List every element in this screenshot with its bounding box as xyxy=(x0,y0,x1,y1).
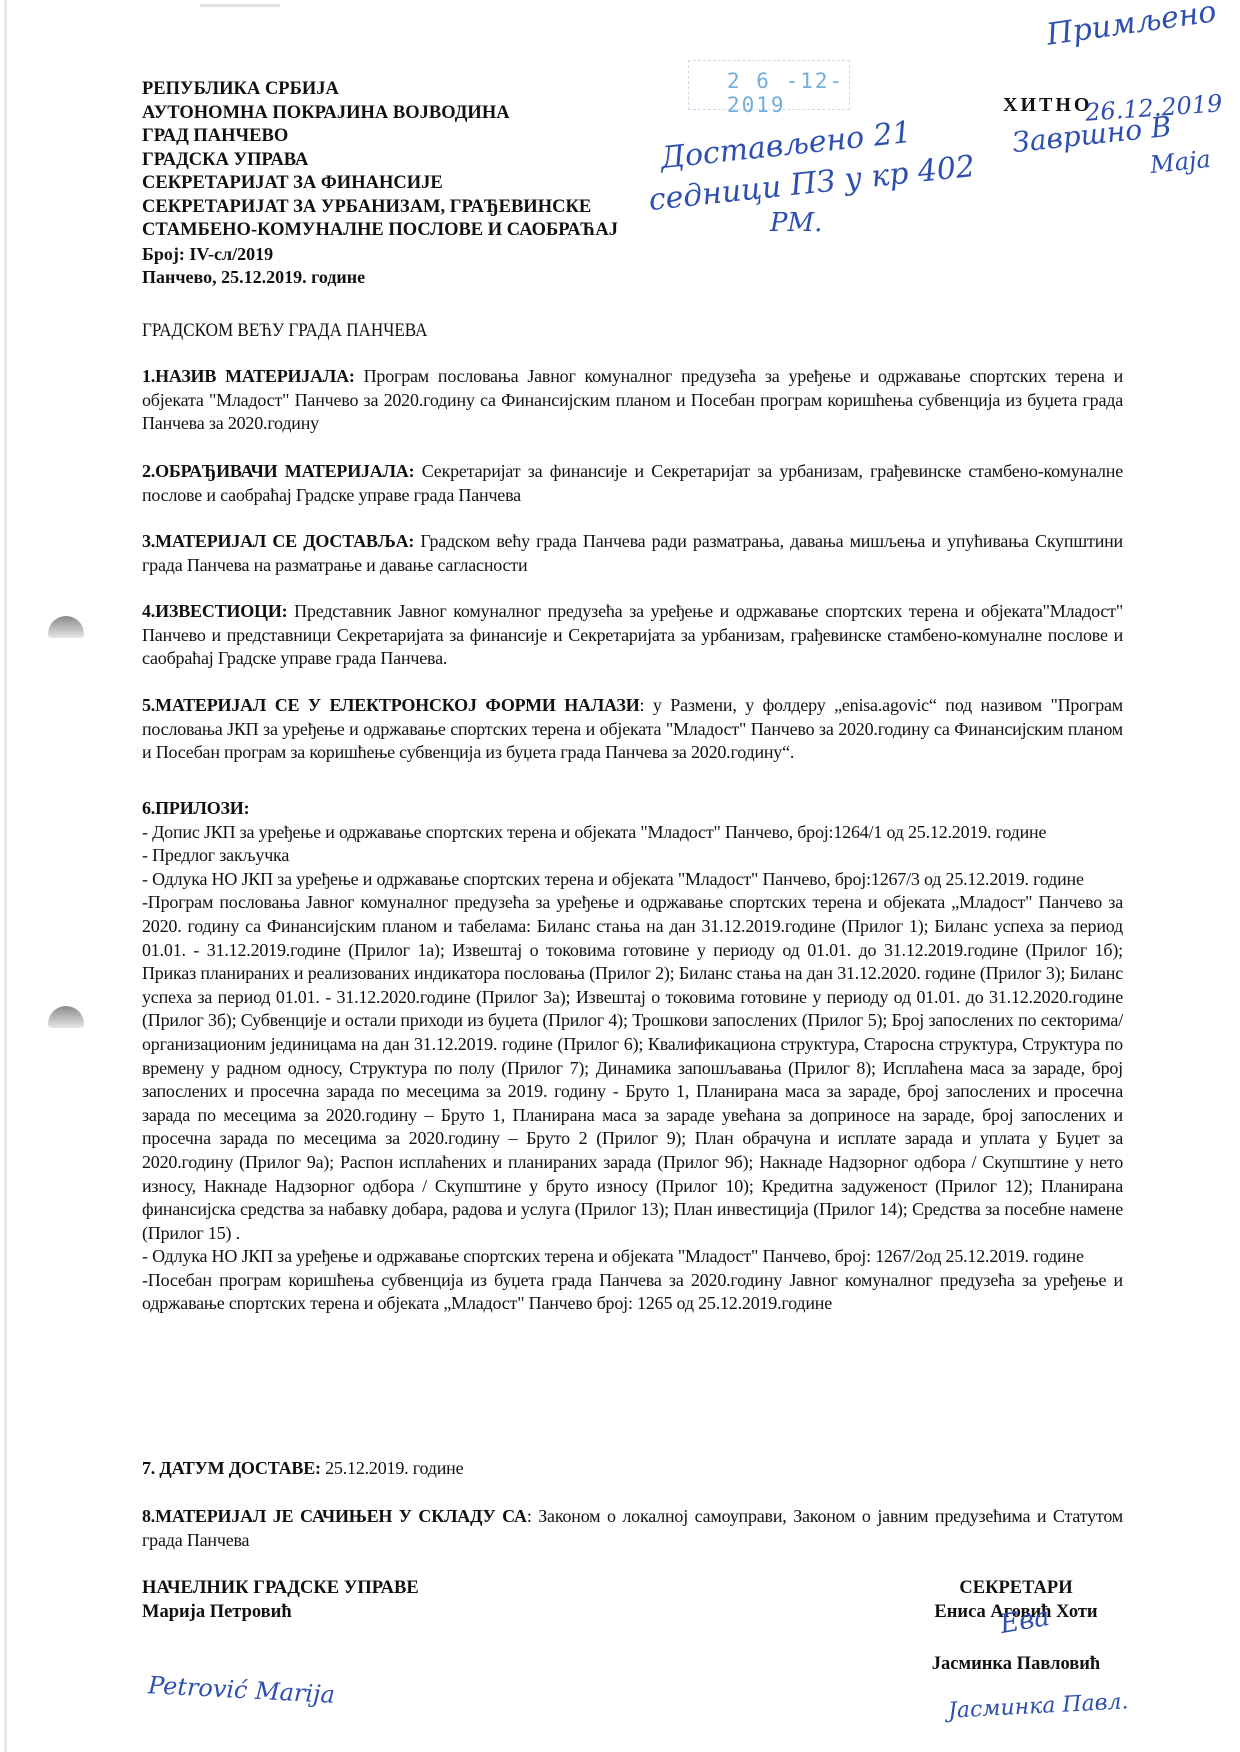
received-stamp: 2 6 -12- 2019 xyxy=(688,60,850,110)
punch-hole xyxy=(48,616,84,638)
section-processors: 2.ОБРАЂИВАЧИ МАТЕРИЈАЛА: Секретаријат за… xyxy=(142,460,1123,507)
signatory-name: Јасминка Павловић xyxy=(916,1652,1116,1676)
section-heading: 4.ИЗВЕСТИОЦИ: xyxy=(142,601,287,621)
addressee: ГРАДСКОМ ВЕЋУ ГРАДА ПАНЧЕВА xyxy=(142,320,427,342)
letterhead-line: СЕКРЕТАРИЈАТ ЗА ФИНАНСИЈЕ xyxy=(142,172,618,196)
section-rapporteurs: 4.ИЗВЕСТИОЦИ: Представник Јавног комунал… xyxy=(142,600,1123,671)
document-page: РЕПУБЛИКА СРБИЈА АУТОНОМНА ПОКРАЈИНА ВОЈ… xyxy=(0,0,1240,1752)
handwritten-signature: Petrović Marija xyxy=(147,1671,335,1709)
place-date: Панчево, 25.12.2019. године xyxy=(142,266,618,290)
section-heading: 2.ОБРАЂИВАЧИ МАТЕРИЈАЛА: xyxy=(142,461,414,481)
signatory-title: НАЧЕЛНИК ГРАДСКЕ УПРАВЕ xyxy=(142,1576,419,1600)
section-heading: 7. ДАТУМ ДОСТАВЕ: xyxy=(142,1458,321,1478)
attachment-item: - Одлука НО ЈКП за уређење и одржавање с… xyxy=(142,1245,1123,1269)
section-text: Представник Јавног комуналног предузећа … xyxy=(142,601,1123,668)
letterhead-line: СЕКРЕТАРИЈАТ ЗА УРБАНИЗАМ, ГРАЂЕВИНСКЕ xyxy=(142,196,618,220)
scan-edge xyxy=(4,0,7,1752)
letterhead-line: АУТОНОМНА ПОКРАЈИНА ВОЈВОДИНА xyxy=(142,102,618,126)
signature-block-left: НАЧЕЛНИК ГРАДСКЕ УПРАВЕ Марија Петровић xyxy=(142,1576,419,1624)
section-delivered-to: 3.МАТЕРИЈАЛ СЕ ДОСТАВЉА: Градском већу г… xyxy=(142,530,1123,577)
handwritten-note: Примљено xyxy=(1044,0,1218,53)
urgent-label: ХИТНО xyxy=(1003,94,1092,117)
section-heading: 1.НАЗИВ МАТЕРИЈАЛА: xyxy=(142,366,355,386)
section-heading: 3.МАТЕРИЈАЛ СЕ ДОСТАВЉА: xyxy=(142,531,414,551)
section-attachments: 6.ПРИЛОЗИ: - Допис ЈКП за уређење и одрж… xyxy=(142,797,1123,1316)
section-delivery-date: 7. ДАТУМ ДОСТАВЕ: 25.12.2019. године xyxy=(142,1457,1123,1481)
section-heading: 5.МАТЕРИЈАЛ СЕ У ЕЛЕКТРОНСКОЈ ФОРМИ НАЛА… xyxy=(142,695,640,715)
letterhead-line: ГРАДСКА УПРАВА xyxy=(142,149,618,173)
handwritten-initials: РМ. xyxy=(770,208,822,238)
section-compliance: 8.МАТЕРИЈАЛ ЈЕ САЧИЊЕН У СКЛАДУ СА: Зако… xyxy=(142,1505,1123,1552)
stamp-date: 2 6 -12- 2019 xyxy=(727,69,849,117)
document-number: Број: IV-сл/2019 xyxy=(142,243,618,267)
section-electronic-location: 5.МАТЕРИЈАЛ СЕ У ЕЛЕКТРОНСКОЈ ФОРМИ НАЛА… xyxy=(142,694,1123,765)
scan-mark xyxy=(200,4,280,7)
section-heading: 8.МАТЕРИЈАЛ ЈЕ САЧИЊЕН У СКЛАДУ СА xyxy=(142,1506,527,1526)
attachment-item: -Програм пословања Јавног комуналног пре… xyxy=(142,891,1123,1245)
section-heading: 6.ПРИЛОЗИ: xyxy=(142,798,249,818)
letterhead: РЕПУБЛИКА СРБИЈА АУТОНОМНА ПОКРАЈИНА ВОЈ… xyxy=(142,78,618,290)
attachment-item: - Предлог закључка xyxy=(142,844,1123,868)
section-text: 25.12.2019. године xyxy=(321,1458,464,1478)
signatory-name: Марија Петровић xyxy=(142,1600,419,1624)
section-material-title: 1.НАЗИВ МАТЕРИЈАЛА: Програм пословања Ја… xyxy=(142,365,1123,436)
attachment-item: - Одлука НО ЈКП за уређење и одржавање с… xyxy=(142,868,1123,892)
attachment-item: - Допис ЈКП за уређење и одржавање спорт… xyxy=(142,821,1123,845)
handwritten-signature: Јасминка Павл. xyxy=(947,1689,1129,1723)
letterhead-line: РЕПУБЛИКА СРБИЈА xyxy=(142,78,618,102)
letterhead-line: СТАМБЕНО-КОМУНАЛНЕ ПОСЛОВЕ И САОБРАЋАЈ xyxy=(142,219,618,243)
signatory-title: СЕКРЕТАРИ xyxy=(916,1576,1116,1600)
letterhead-line: ГРАД ПАНЧЕВО xyxy=(142,125,618,149)
attachment-item: -Посебан програм коришћења субвенција из… xyxy=(142,1269,1123,1316)
punch-hole xyxy=(48,1006,84,1028)
handwritten-initials: Маја xyxy=(1149,145,1212,179)
